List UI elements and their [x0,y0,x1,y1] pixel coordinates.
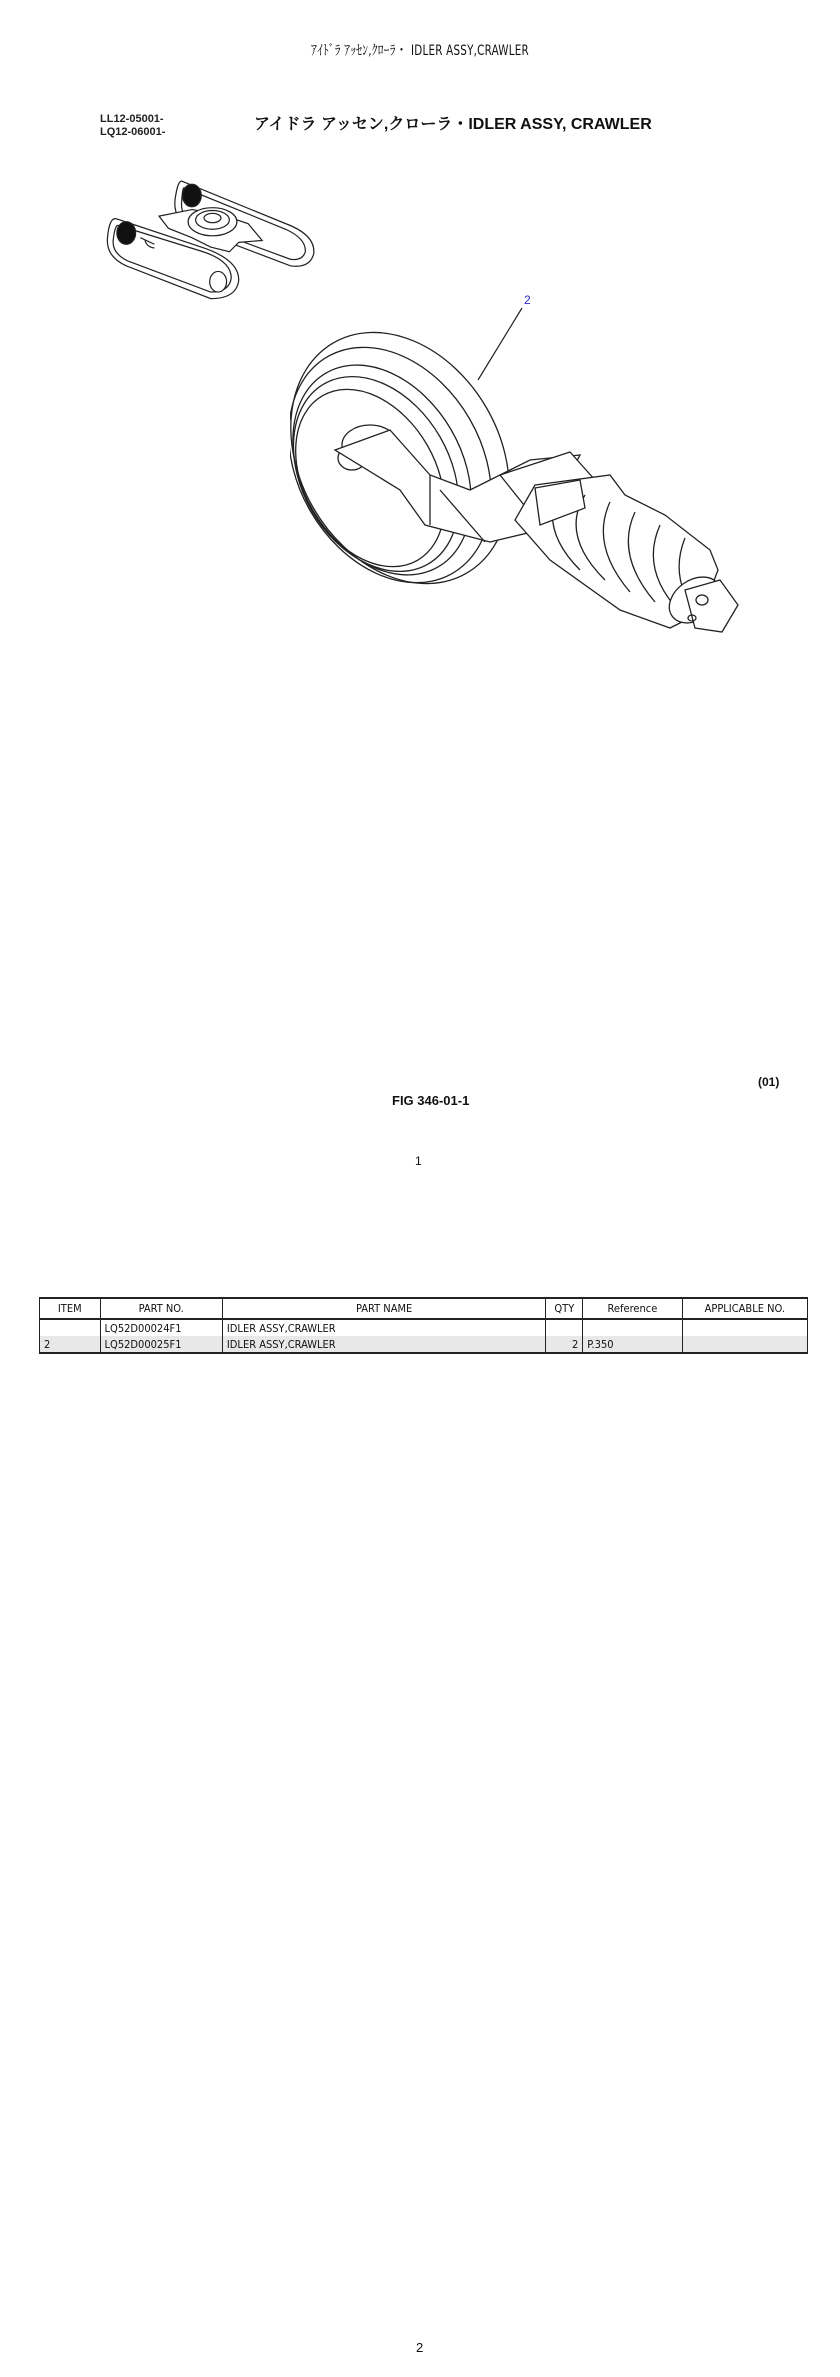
serial-range: LL12-05001- [100,113,165,126]
table-row[interactable]: 2 LQ52D00025F1 IDLER ASSY,CRAWLER 2 P.35… [40,1336,808,1353]
figure-title: アイドラ アッセン,クローラ・IDLER ASSY, CRAWLER [254,111,652,134]
cell-part-no[interactable]: LQ52D00024F1 [100,1319,222,1336]
cell-applicable-no [682,1336,807,1353]
serial-range: LQ12-06001- [100,126,165,139]
cell-reference[interactable] [583,1319,682,1336]
column-header-part-name: PART NAME [222,1298,546,1319]
revision-label: (01) [758,1075,779,1089]
callout-label[interactable]: 2 [524,293,531,307]
cell-reference[interactable]: P.350 [583,1336,682,1353]
sheet-number: 1 [415,1154,422,1168]
idler-assembly-icon [290,280,760,660]
page-title: ｱｲﾄﾞﾗ ｱｯｾﾝ,ｸﾛｰﾗ・ IDLER ASSY,CRAWLER [76,40,765,60]
serial-ranges: LL12-05001- LQ12-06001- [100,113,165,139]
cell-qty: 2 [546,1336,583,1353]
column-header-part-no: PART NO. [100,1298,222,1319]
cell-qty [546,1319,583,1336]
parts-table: ITEM PART NO. PART NAME QTY Reference AP… [39,1297,808,1354]
cell-part-name: IDLER ASSY,CRAWLER [222,1319,546,1336]
figure-number: FIG 346-01-1 [392,1093,469,1108]
cell-applicable-no [682,1319,807,1336]
column-header-applicable-no: APPLICABLE NO. [682,1298,807,1319]
cell-part-name: IDLER ASSY,CRAWLER [222,1336,546,1353]
table-row[interactable]: LQ52D00024F1 IDLER ASSY,CRAWLER [40,1319,808,1336]
column-header-qty: QTY [546,1298,583,1319]
table-header-row: ITEM PART NO. PART NAME QTY Reference AP… [40,1298,808,1319]
cell-item [40,1319,101,1336]
column-header-item: ITEM [40,1298,101,1319]
page-number: 2 [416,2340,423,2355]
cell-item: 2 [40,1336,101,1353]
cell-part-no[interactable]: LQ52D00025F1 [100,1336,222,1353]
column-header-reference: Reference [583,1298,682,1319]
